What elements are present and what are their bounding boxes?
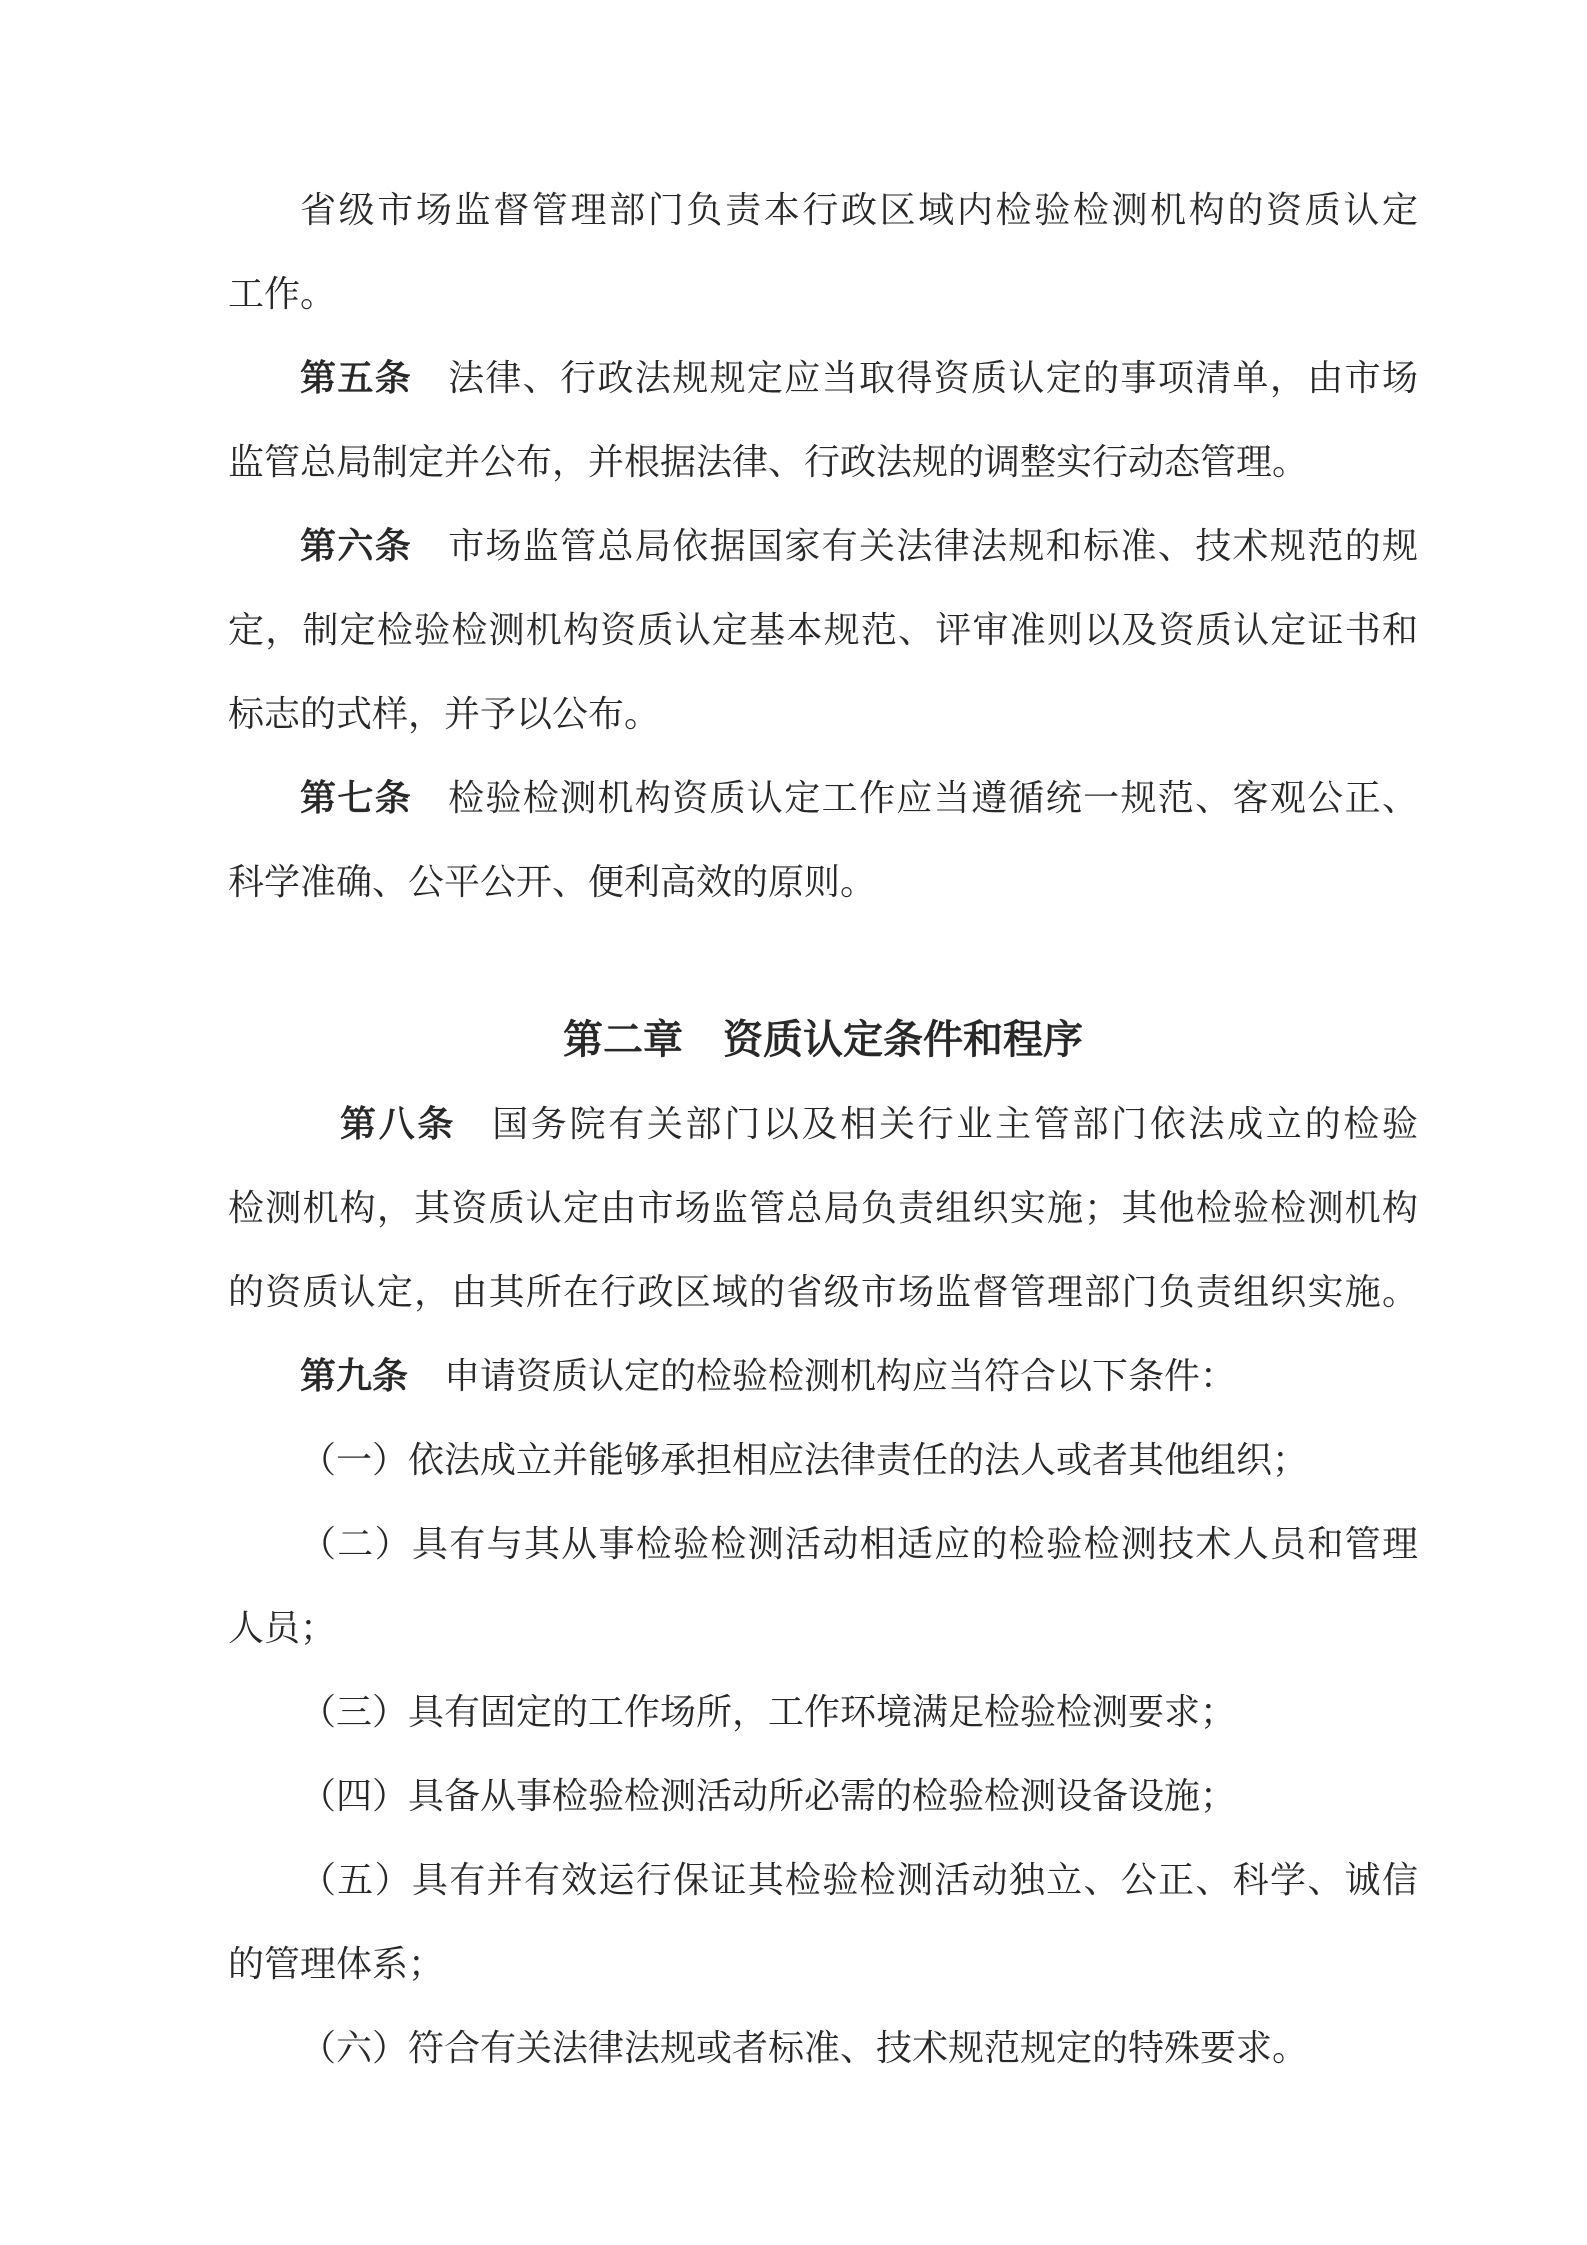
text-line: 第六条市场监管总局依据国家有关法律法规和标准、技术规范的规 xyxy=(228,504,1418,588)
chapter-title: 资质认定条件和程序 xyxy=(723,1017,1083,1062)
line-text: 的资质认定，由其所在行政区域的省级市场监督管理部门负责组织实施。 xyxy=(228,1272,1418,1312)
line-text: 科学准确、公平公开、便利高效的原则。 xyxy=(228,862,876,902)
line-text: 人员； xyxy=(228,1608,336,1648)
article-label-5: 第五条 xyxy=(300,358,412,398)
text-line: 科学准确、公平公开、便利高效的原则。 xyxy=(228,840,1418,924)
line-text: 申请资质认定的检验检测机构应当符合以下条件： xyxy=(444,1356,1236,1396)
text-line: 的管理体系； xyxy=(228,1922,1418,2006)
article-label-7: 第七条 xyxy=(300,778,412,818)
chapter-heading: 第二章资质认定条件和程序 xyxy=(228,998,1418,1082)
line-text: （五）具有并有效运行保证其检验检测活动独立、公正、科学、诚信 xyxy=(300,1860,1418,1900)
line-text: 监管总局制定并公布，并根据法律、行政法规的调整实行动态管理。 xyxy=(228,442,1308,482)
text-line: 省级市场监督管理部门负责本行政区域内检验检测机构的资质认定 xyxy=(228,168,1418,252)
text-line: 工作。 xyxy=(228,252,1418,336)
article-label-8: 第八条 xyxy=(340,1104,456,1144)
line-text: 工作。 xyxy=(228,274,336,314)
text-line: （一）依法成立并能够承担相应法律责任的法人或者其他组织； xyxy=(228,1418,1418,1502)
chapter-number: 第二章 xyxy=(563,1017,683,1062)
line-text: 定，制定检验检测机构资质认定基本规范、评审准则以及资质认定证书和 xyxy=(228,610,1418,650)
article-label-6: 第六条 xyxy=(300,526,412,566)
text-line: 人员； xyxy=(228,1586,1418,1670)
line-text: （四）具备从事检验检测活动所必需的检验检测设备设施； xyxy=(300,1776,1236,1816)
line-text: （三）具有固定的工作场所，工作环境满足检验检测要求； xyxy=(300,1692,1236,1732)
line-text: （一）依法成立并能够承担相应法律责任的法人或者其他组织； xyxy=(300,1440,1308,1480)
document-page: 省级市场监督管理部门负责本行政区域内检验检测机构的资质认定 工作。 第五条法律、… xyxy=(0,0,1587,2245)
text-line: 监管总局制定并公布，并根据法律、行政法规的调整实行动态管理。 xyxy=(228,420,1418,504)
line-text: 的管理体系； xyxy=(228,1944,444,1984)
line-text: 法律、行政法规规定应当取得资质认定的事项清单，由市场 xyxy=(448,358,1418,398)
line-text: （二）具有与其从事检验检测活动相适应的检验检测技术人员和管理 xyxy=(300,1524,1418,1564)
text-line: 第五条法律、行政法规规定应当取得资质认定的事项清单，由市场 xyxy=(228,336,1418,420)
text-line: 第八条国务院有关部门以及相关行业主管部门依法成立的检验 xyxy=(228,1082,1418,1166)
text-line: （四）具备从事检验检测活动所必需的检验检测设备设施； xyxy=(228,1754,1418,1838)
document-body: 省级市场监督管理部门负责本行政区域内检验检测机构的资质认定 工作。 第五条法律、… xyxy=(228,168,1418,2090)
article-label-9: 第九条 xyxy=(300,1356,408,1396)
text-line: （五）具有并有效运行保证其检验检测活动独立、公正、科学、诚信 xyxy=(228,1838,1418,1922)
text-line: （二）具有与其从事检验检测活动相适应的检验检测技术人员和管理 xyxy=(228,1502,1418,1586)
text-line: 第七条检验检测机构资质认定工作应当遵循统一规范、客观公正、 xyxy=(228,756,1418,840)
text-line: 检测机构，其资质认定由市场监管总局负责组织实施；其他检验检测机构 xyxy=(228,1166,1418,1250)
line-text: 省级市场监督管理部门负责本行政区域内检验检测机构的资质认定 xyxy=(300,190,1418,230)
text-line: （三）具有固定的工作场所，工作环境满足检验检测要求； xyxy=(228,1670,1418,1754)
text-line: 定，制定检验检测机构资质认定基本规范、评审准则以及资质认定证书和 xyxy=(228,588,1418,672)
text-line: 标志的式样，并予以公布。 xyxy=(228,672,1418,756)
text-line: （六）符合有关法律法规或者标准、技术规范规定的特殊要求。 xyxy=(228,2006,1418,2090)
line-text: 市场监管总局依据国家有关法律法规和标准、技术规范的规 xyxy=(448,526,1418,566)
text-line: 的资质认定，由其所在行政区域的省级市场监督管理部门负责组织实施。 xyxy=(228,1250,1418,1334)
line-text: 国务院有关部门以及相关行业主管部门依法成立的检验 xyxy=(492,1104,1418,1144)
line-text: 检测机构，其资质认定由市场监管总局负责组织实施；其他检验检测机构 xyxy=(228,1188,1418,1228)
line-text: 检验检测机构资质认定工作应当遵循统一规范、客观公正、 xyxy=(448,778,1418,818)
line-text: 标志的式样，并予以公布。 xyxy=(228,694,660,734)
line-text: （六）符合有关法律法规或者标准、技术规范规定的特殊要求。 xyxy=(300,2028,1308,2068)
text-line: 第九条申请资质认定的检验检测机构应当符合以下条件： xyxy=(228,1334,1418,1418)
